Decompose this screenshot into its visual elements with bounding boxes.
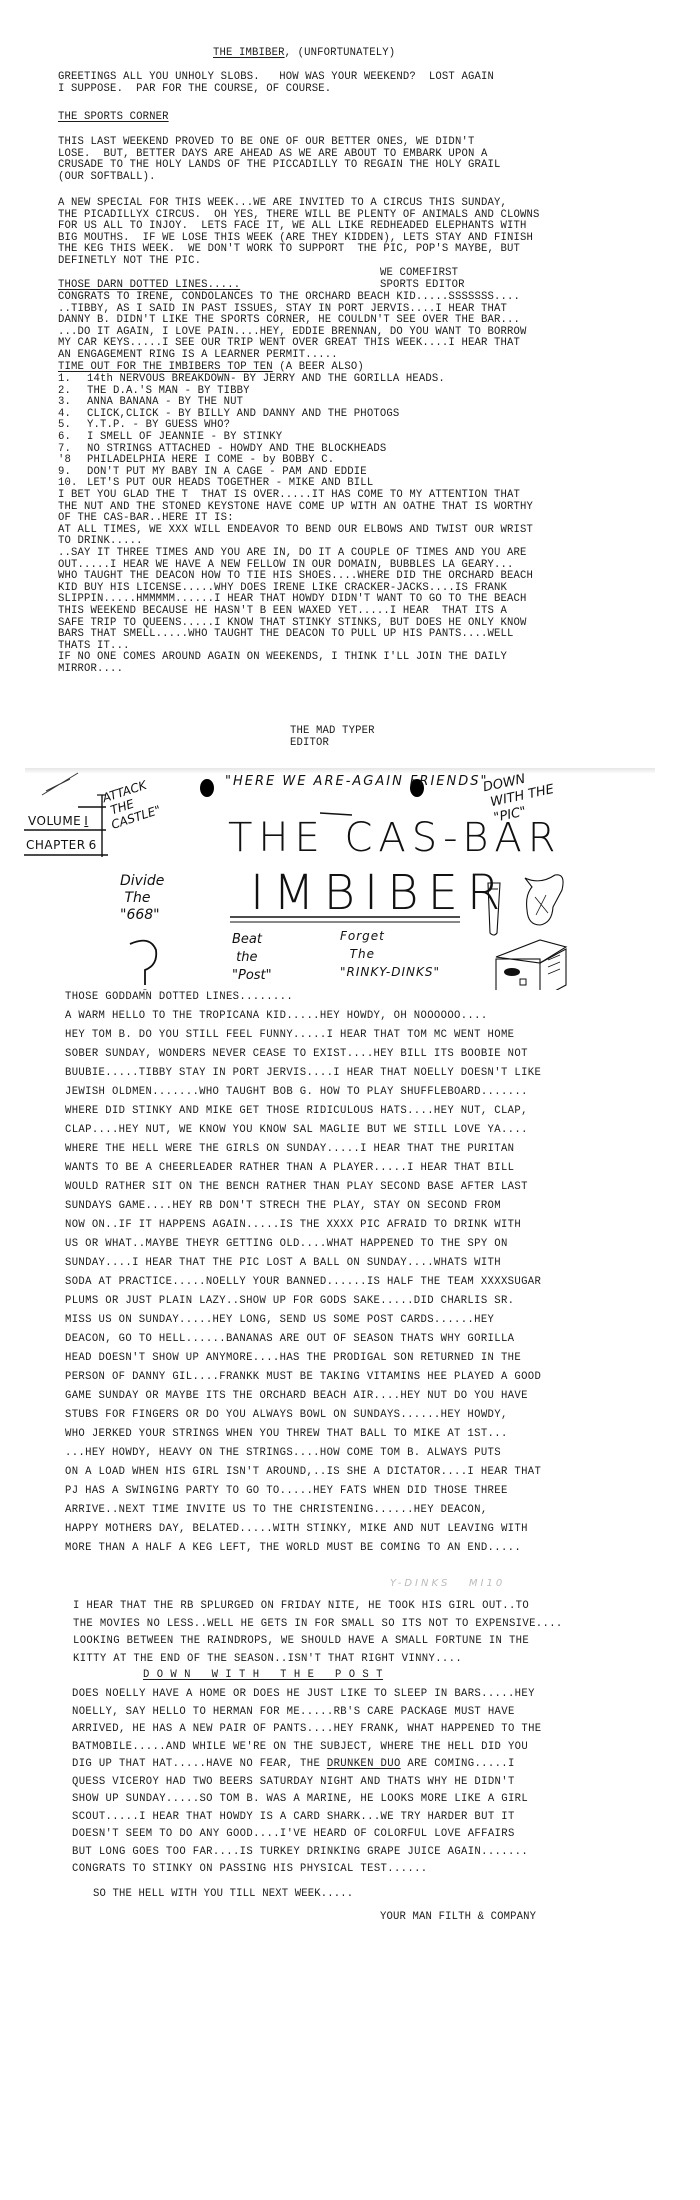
- volume-label: VOLUMEI: [28, 814, 88, 828]
- top-ten-rank: 1.: [58, 374, 87, 386]
- top-ten-song: PHILADELPHIA HERE I COME - by BOBBY C.: [87, 454, 334, 466]
- drunken-duo-underlined: DRUNKEN DUO: [327, 1758, 401, 1770]
- top-ten-heading-text: TIME OUT FOR THE IMBIBERS TOP TEN: [58, 361, 273, 373]
- goddamn-dotted-lines-heading: THOSE GODDAMN DOTTED LINES........: [65, 988, 293, 1007]
- slogan-here-we-are: "HERE WE ARE-AGAIN FRIENDS": [225, 774, 488, 789]
- down-with-the-post-heading: D O W N W I T H T H E P O S T: [143, 1670, 383, 1682]
- page-title: THE IMBIBER, (UNFORTUNATELY): [213, 48, 395, 60]
- bleed-through-text: Y-DINKS MI10: [390, 1578, 505, 1589]
- greeting-paragraph: GREETINGS ALL YOU UNHOLY SLOBS. HOW WAS …: [58, 72, 494, 95]
- title-suffix: , (UNFORTUNATELY): [285, 47, 396, 59]
- chapter-label-text: CHAPTER: [26, 838, 86, 852]
- dotted-lines-heading: THOSE DARN DOTTED LINES.....: [58, 280, 240, 292]
- volume-number: I: [84, 814, 88, 828]
- top-ten-song: CLICK,CLICK - BY BILLY AND DANNY AND THE…: [87, 408, 399, 420]
- rb-splurged-paragraph: I HEAR THAT THE RB SPLURGED ON FRIDAY NI…: [73, 1598, 563, 1668]
- masthead: "HERE WE ARE-AGAIN FRIENDS" ATTACK THE C…: [0, 765, 700, 990]
- masthead-title-line-1: THE CAS-BAR: [228, 815, 562, 861]
- top-ten-song: ANNA BANANA - BY THE NUT: [87, 396, 243, 408]
- title-main: THE IMBIBER: [213, 47, 285, 59]
- sports-editor-signature: WE COMEFIRST SPORTS EDITOR: [380, 268, 465, 291]
- mad-typer-signature: THE MAD TYPER EDITOR: [290, 726, 375, 749]
- divide-the-668-note: Divide The "668": [120, 873, 164, 924]
- oath-and-gossip-paragraph: I BET YOU GLAD THE T THAT IS OVER.....IT…: [58, 490, 533, 676]
- top-ten-list: 1.14th NERVOUS BREAKDOWN- BY JERRY AND T…: [58, 374, 445, 490]
- beat-the-post-note: Beat the "Post": [232, 931, 272, 985]
- top-ten-heading-suffix: (A BEER ALSO): [273, 361, 364, 373]
- binder-hole-left: [200, 779, 214, 797]
- top-ten-song: 14th NERVOUS BREAKDOWN- BY JERRY AND THE…: [87, 373, 445, 385]
- top-ten-song: I SMELL OF JEANNIE - BY STINKY: [87, 431, 282, 443]
- filth-and-company-signature: YOUR MAN FILTH & COMPANY: [380, 1912, 536, 1924]
- top-ten-rank: 6.: [58, 432, 87, 444]
- masthead-title-line-2: IMBIBER: [250, 865, 509, 921]
- top-ten-song: THE D.A.'S MAN - BY TIBBY: [87, 385, 250, 397]
- chapter-label: CHAPTER6: [26, 838, 97, 852]
- cash-register-icon: [494, 937, 568, 1001]
- top-ten-heading: TIME OUT FOR THE IMBIBERS TOP TEN (A BEE…: [58, 362, 364, 374]
- top-ten-song: DON'T PUT MY BABY IN A CAGE - PAM AND ED…: [87, 466, 367, 478]
- dotted-lines-paragraph: CONGRATS TO IRENE, CONDOLANCES TO THE OR…: [58, 292, 527, 362]
- closing-line: SO THE HELL WITH YOU TILL NEXT WEEK.....: [93, 1889, 353, 1901]
- post-body-part-2: ARE COMING.....I QUESS VICEROY HAD TWO B…: [72, 1758, 528, 1875]
- newsletter-scan: THE IMBIBER, (UNFORTUNATELY) GREETINGS A…: [0, 0, 700, 2200]
- sports-paragraph-2: A NEW SPECIAL FOR THIS WEEK...WE ARE INV…: [58, 198, 540, 268]
- volume-label-text: VOLUME: [28, 814, 81, 828]
- beer-glass-icon: [486, 880, 502, 938]
- down-with-the-post-body: DOES NOELLY HAVE A HOME OR DOES HE JUST …: [72, 1686, 542, 1879]
- top-ten-rank: '8: [58, 455, 87, 467]
- goddamn-dotted-lines-body: A WARM HELLO TO THE TROPICANA KID.....HE…: [65, 1007, 541, 1558]
- sports-paragraph-1: THIS LAST WEEKEND PROVED TO BE ONE OF OU…: [58, 137, 501, 183]
- sports-corner-heading: THE SPORTS CORNER: [58, 112, 169, 124]
- top-ten-song: NO STRINGS ATTACHED - HOWDY AND THE BLOC…: [87, 443, 386, 455]
- top-ten-song: Y.T.P. - BY GUESS WHO?: [87, 419, 230, 431]
- pitcher-icon: [522, 871, 568, 927]
- chapter-number: 6: [89, 838, 97, 852]
- top-ten-song: LET'S PUT OUR HEADS TOGETHER - MIKE AND …: [87, 477, 373, 489]
- forget-the-rinky-dinks-note: Forget The "RINKY-DINKS": [340, 927, 440, 981]
